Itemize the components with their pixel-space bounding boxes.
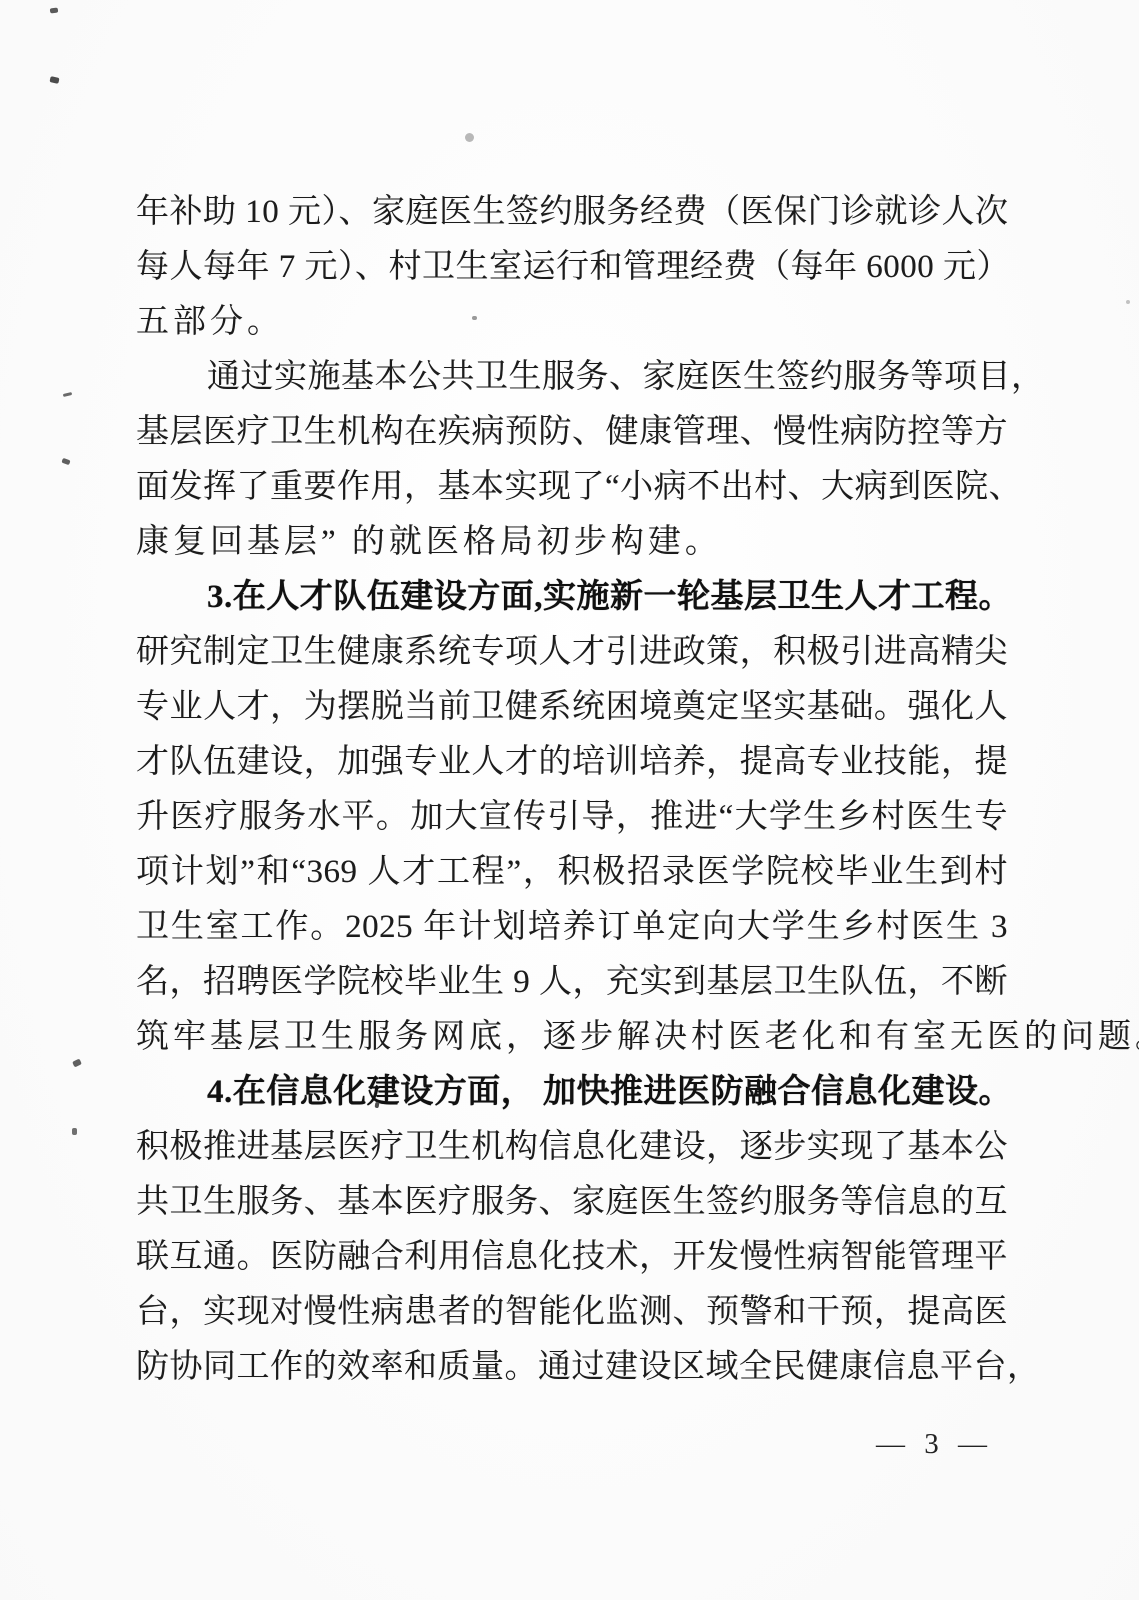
text-line: 联互通。医防融合利用信息化技术，开发慢性病智能管理平 xyxy=(136,1230,1008,1285)
text-line: 名，招聘医学院校毕业生 9 人，充实到基层卫生队伍，不断 xyxy=(136,955,1008,1010)
text-line: 每人每年 7 元）、村卫生室运行和管理经费（每年 6000 元） xyxy=(136,240,1008,295)
scan-artifact xyxy=(63,392,72,397)
text-line: 卫生室工作。2025 年计划培养订单定向大学生乡村医生 3 xyxy=(136,900,1008,955)
text-line: 积极推进基层医疗卫生机构信息化建设，逐步实现了基本公 xyxy=(136,1120,1008,1175)
document-page: 年补助 10 元）、家庭医生签约服务经费（医保门诊就诊人次每人每年 7 元）、村… xyxy=(0,0,1139,1600)
scan-artifact xyxy=(72,1059,82,1068)
text-line: 防协同工作的效率和质量。通过建设区域全民健康信息平台， xyxy=(136,1340,1008,1395)
scan-artifact xyxy=(61,458,70,465)
text-line: 升医疗服务水平。加大宣传引导，推进“大学生乡村医生专 xyxy=(136,790,1008,845)
scan-artifact xyxy=(472,316,477,320)
text-line: 台，实现对慢性病患者的智能化监测、预警和干预，提高医 xyxy=(136,1285,1008,1340)
text-line: 筑牢基层卫生服务网底，逐步解决村医老化和有室无医的问题。 xyxy=(136,1010,1008,1065)
text-line: 共卫生服务、基本医疗服务、家庭医生签约服务等信息的互 xyxy=(136,1175,1008,1230)
text-line: 面发挥了重要作用，基本实现了“小病不出村、大病到医院、 xyxy=(136,460,1008,515)
scan-artifact xyxy=(1126,300,1130,304)
scan-artifact xyxy=(49,76,59,84)
text-line: 项计划”和“369 人才工程”，积极招录医学院校毕业生到村 xyxy=(136,845,1008,900)
scan-artifact xyxy=(50,7,59,13)
heading-line: 3.在人才队伍建设方面,实施新一轮基层卫生人才工程。 xyxy=(136,570,1008,625)
page-number: — 3 — xyxy=(876,1428,993,1461)
text-line: 基层医疗卫生机构在疾病预防、健康管理、慢性病防控等方 xyxy=(136,405,1008,460)
text-line: 年补助 10 元）、家庭医生签约服务经费（医保门诊就诊人次 xyxy=(136,185,1008,240)
text-line: 五部分。 xyxy=(136,295,1008,350)
text-line: 康复回基层” 的就医格局初步构建。 xyxy=(136,515,1008,570)
text-line: 专业人才，为摆脱当前卫健系统困境奠定坚实基础。强化人 xyxy=(136,680,1008,735)
document-lines: 年补助 10 元）、家庭医生签约服务经费（医保门诊就诊人次每人每年 7 元）、村… xyxy=(136,185,1008,1395)
text-line: 通过实施基本公共卫生服务、家庭医生签约服务等项目， xyxy=(136,350,1008,405)
text-line: 研究制定卫生健康系统专项人才引进政策，积极引进高精尖 xyxy=(136,625,1008,680)
heading-line: 4.在信息化建设方面， 加快推进医防融合信息化建设。 xyxy=(136,1065,1008,1120)
scan-artifact xyxy=(465,133,474,142)
scan-artifact xyxy=(72,1128,77,1135)
text-line: 才队伍建设，加强专业人才的培训培养，提高专业技能，提 xyxy=(136,735,1008,790)
